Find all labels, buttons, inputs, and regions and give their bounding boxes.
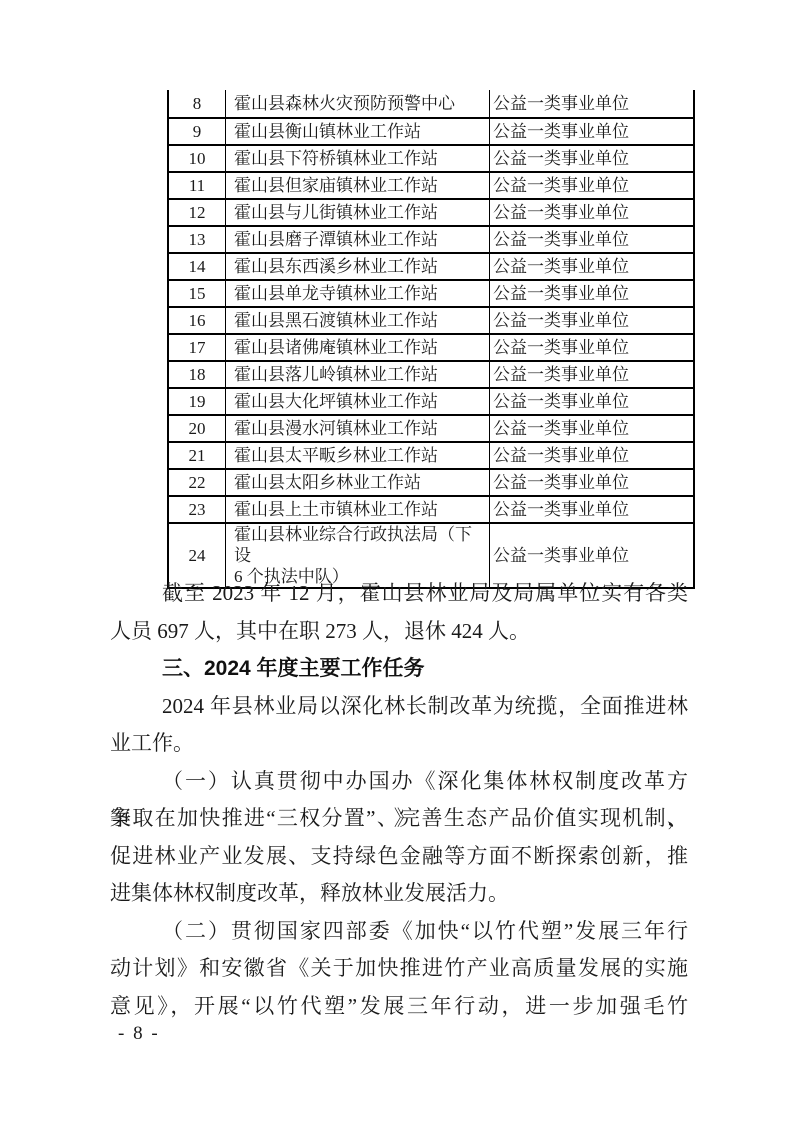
document-page: 8霍山县森林火灾预防预警中心公益一类事业单位9霍山县衡山镇林业工作站公益一类事业…	[0, 0, 793, 1122]
unit-type-cell: 公益一类事业单位	[490, 172, 695, 199]
unit-name-cell: 霍山县与儿街镇林业工作站	[226, 199, 490, 226]
unit-name-cell: 霍山县太平畈乡林业工作站	[226, 442, 490, 469]
unit-type-cell: 公益一类事业单位	[490, 361, 695, 388]
unit-type-cell: 公益一类事业单位	[490, 496, 695, 523]
org-units-table-body: 8霍山县森林火灾预防预警中心公益一类事业单位9霍山县衡山镇林业工作站公益一类事业…	[168, 90, 694, 588]
row-number-cell: 23	[168, 496, 226, 523]
unit-name-cell: 霍山县但家庙镇林业工作站	[226, 172, 490, 199]
unit-type-cell: 公益一类事业单位	[490, 280, 695, 307]
unit-type-cell: 公益一类事业单位	[490, 442, 695, 469]
section-heading: 三、2024 年度主要工作任务	[110, 650, 688, 688]
table-row: 20霍山县漫水河镇林业工作站公益一类事业单位	[168, 415, 694, 442]
row-number-cell: 22	[168, 469, 226, 496]
row-number-cell: 15	[168, 280, 226, 307]
row-number-cell: 10	[168, 145, 226, 172]
text-line: 促进林业产业发展、支持绿色金融等方面不断探索创新，推	[110, 838, 688, 876]
org-units-table: 8霍山县森林火灾预防预警中心公益一类事业单位9霍山县衡山镇林业工作站公益一类事业…	[167, 90, 695, 589]
unit-name-cell: 霍山县大化坪镇林业工作站	[226, 388, 490, 415]
unit-name-cell: 霍山县东西溪乡林业工作站	[226, 253, 490, 280]
page-number: - 8 -	[118, 1020, 160, 1048]
row-number-cell: 18	[168, 361, 226, 388]
row-number-cell: 9	[168, 118, 226, 145]
unit-name-cell: 霍山县漫水河镇林业工作站	[226, 415, 490, 442]
text-line: 截至 2023 年 12 月，霍山县林业局及局属单位实有各类	[110, 575, 688, 613]
row-number-cell: 13	[168, 226, 226, 253]
table-row: 15霍山县单龙寺镇林业工作站公益一类事业单位	[168, 280, 694, 307]
row-number-cell: 17	[168, 334, 226, 361]
table-row: 22霍山县太阳乡林业工作站公益一类事业单位	[168, 469, 694, 496]
row-number-cell: 20	[168, 415, 226, 442]
unit-type-cell: 公益一类事业单位	[490, 145, 695, 172]
table-row: 12霍山县与儿街镇林业工作站公益一类事业单位	[168, 199, 694, 226]
unit-name-cell: 霍山县落儿岭镇林业工作站	[226, 361, 490, 388]
document-body: 截至 2023 年 12 月，霍山县林业局及局属单位实有各类人员 697 人，其…	[110, 575, 688, 1026]
unit-name-cell: 霍山县下符桥镇林业工作站	[226, 145, 490, 172]
text-line: 2024 年县林业局以深化林长制改革为统揽，全面推进林	[110, 688, 688, 726]
unit-type-cell: 公益一类事业单位	[490, 415, 695, 442]
unit-name-cell: 霍山县上土市镇林业工作站	[226, 496, 490, 523]
table-row: 16霍山县黑石渡镇林业工作站公益一类事业单位	[168, 307, 694, 334]
row-number-cell: 19	[168, 388, 226, 415]
table-row: 9霍山县衡山镇林业工作站公益一类事业单位	[168, 118, 694, 145]
unit-name-cell: 霍山县森林火灾预防预警中心	[226, 90, 490, 118]
row-number-cell: 14	[168, 253, 226, 280]
unit-type-cell: 公益一类事业单位	[490, 334, 695, 361]
unit-name-cell: 霍山县太阳乡林业工作站	[226, 469, 490, 496]
text-line: 进集体林权制度改革，释放林业发展活力。	[110, 875, 688, 913]
table-row: 19霍山县大化坪镇林业工作站公益一类事业单位	[168, 388, 694, 415]
unit-type-cell: 公益一类事业单位	[490, 388, 695, 415]
table-row: 8霍山县森林火灾预防预警中心公益一类事业单位	[168, 90, 694, 118]
text-line: 业工作。	[110, 725, 688, 763]
row-number-cell: 12	[168, 199, 226, 226]
unit-name-cell: 霍山县衡山镇林业工作站	[226, 118, 490, 145]
table-row: 23霍山县上土市镇林业工作站公益一类事业单位	[168, 496, 694, 523]
table-row: 11霍山县但家庙镇林业工作站公益一类事业单位	[168, 172, 694, 199]
unit-type-cell: 公益一类事业单位	[490, 307, 695, 334]
table-row: 18霍山县落儿岭镇林业工作站公益一类事业单位	[168, 361, 694, 388]
unit-name-cell: 霍山县诸佛庵镇林业工作站	[226, 334, 490, 361]
row-number-cell: 16	[168, 307, 226, 334]
unit-type-cell: 公益一类事业单位	[490, 90, 695, 118]
table-row: 14霍山县东西溪乡林业工作站公益一类事业单位	[168, 253, 694, 280]
table-row: 10霍山县下符桥镇林业工作站公益一类事业单位	[168, 145, 694, 172]
row-number-cell: 8	[168, 90, 226, 118]
unit-type-cell: 公益一类事业单位	[490, 226, 695, 253]
text-line: （一）认真贯彻中办国办《深化集体林权制度改革方案》，	[110, 763, 688, 801]
unit-name-cell: 霍山县磨子潭镇林业工作站	[226, 226, 490, 253]
text-line: 意见》，开展“以竹代塑”发展三年行动，进一步加强毛竹	[110, 988, 688, 1026]
row-number-cell: 11	[168, 172, 226, 199]
text-line: 争取在加快推进“三权分置”、完善生态产品价值实现机制、	[110, 800, 688, 838]
text-line: 人员 697 人，其中在职 273 人，退休 424 人。	[110, 613, 688, 651]
table-row: 21霍山县太平畈乡林业工作站公益一类事业单位	[168, 442, 694, 469]
unit-type-cell: 公益一类事业单位	[490, 118, 695, 145]
unit-type-cell: 公益一类事业单位	[490, 199, 695, 226]
unit-name-cell: 霍山县单龙寺镇林业工作站	[226, 280, 490, 307]
unit-name-cell: 霍山县黑石渡镇林业工作站	[226, 307, 490, 334]
table-row: 13霍山县磨子潭镇林业工作站公益一类事业单位	[168, 226, 694, 253]
unit-type-cell: 公益一类事业单位	[490, 253, 695, 280]
row-number-cell: 21	[168, 442, 226, 469]
text-line: 动计划》和安徽省《关于加快推进竹产业高质量发展的实施	[110, 950, 688, 988]
table-row: 17霍山县诸佛庵镇林业工作站公益一类事业单位	[168, 334, 694, 361]
unit-type-cell: 公益一类事业单位	[490, 469, 695, 496]
text-line: （二）贯彻国家四部委《加快“以竹代塑”发展三年行	[110, 913, 688, 951]
